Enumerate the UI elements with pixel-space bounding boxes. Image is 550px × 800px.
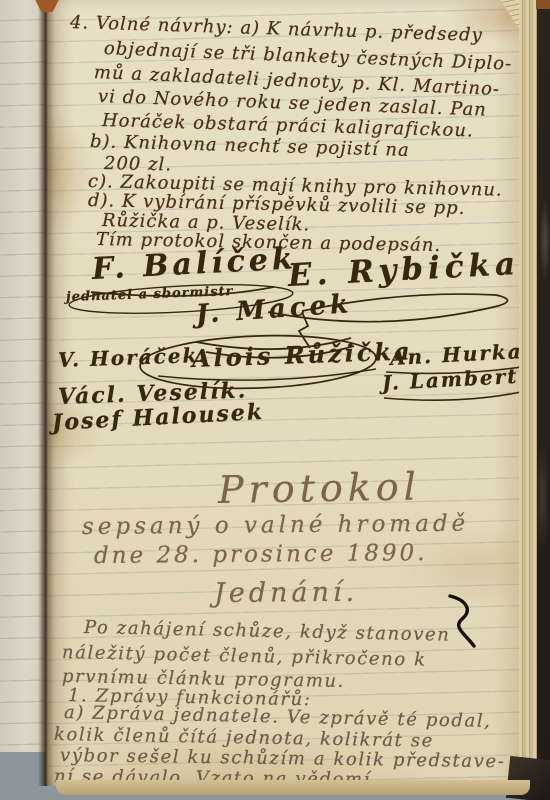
book-gutter-shadow [38, 0, 54, 786]
section-jednani: Jednání. [214, 577, 358, 609]
notebook-page: 4. Volné návrhy: a) K návrhu p. předsedy… [46, 0, 527, 786]
protокol-title: Protokol [218, 464, 422, 512]
signature-ruzicka: Alois Růžička [191, 336, 413, 373]
ink-check-mark [450, 596, 474, 646]
book-cover-edge [537, 0, 550, 800]
page-stack-edge [519, 0, 538, 792]
page-bottom-edge [56, 780, 530, 795]
photographed-notebook: { "palette": { "table": "#8d979b", "pape… [0, 0, 550, 800]
signature-horacek: V. Horáček. [58, 343, 208, 372]
protокol-subtitle-2: dne 28. prosince 1890. [94, 540, 428, 569]
protокol-subtitle-1: sepsaný o valné hromadě [82, 511, 469, 540]
body-line: Po zahájení schůze, když stanoven [84, 617, 451, 646]
cover-corner-accent [536, 0, 550, 9]
